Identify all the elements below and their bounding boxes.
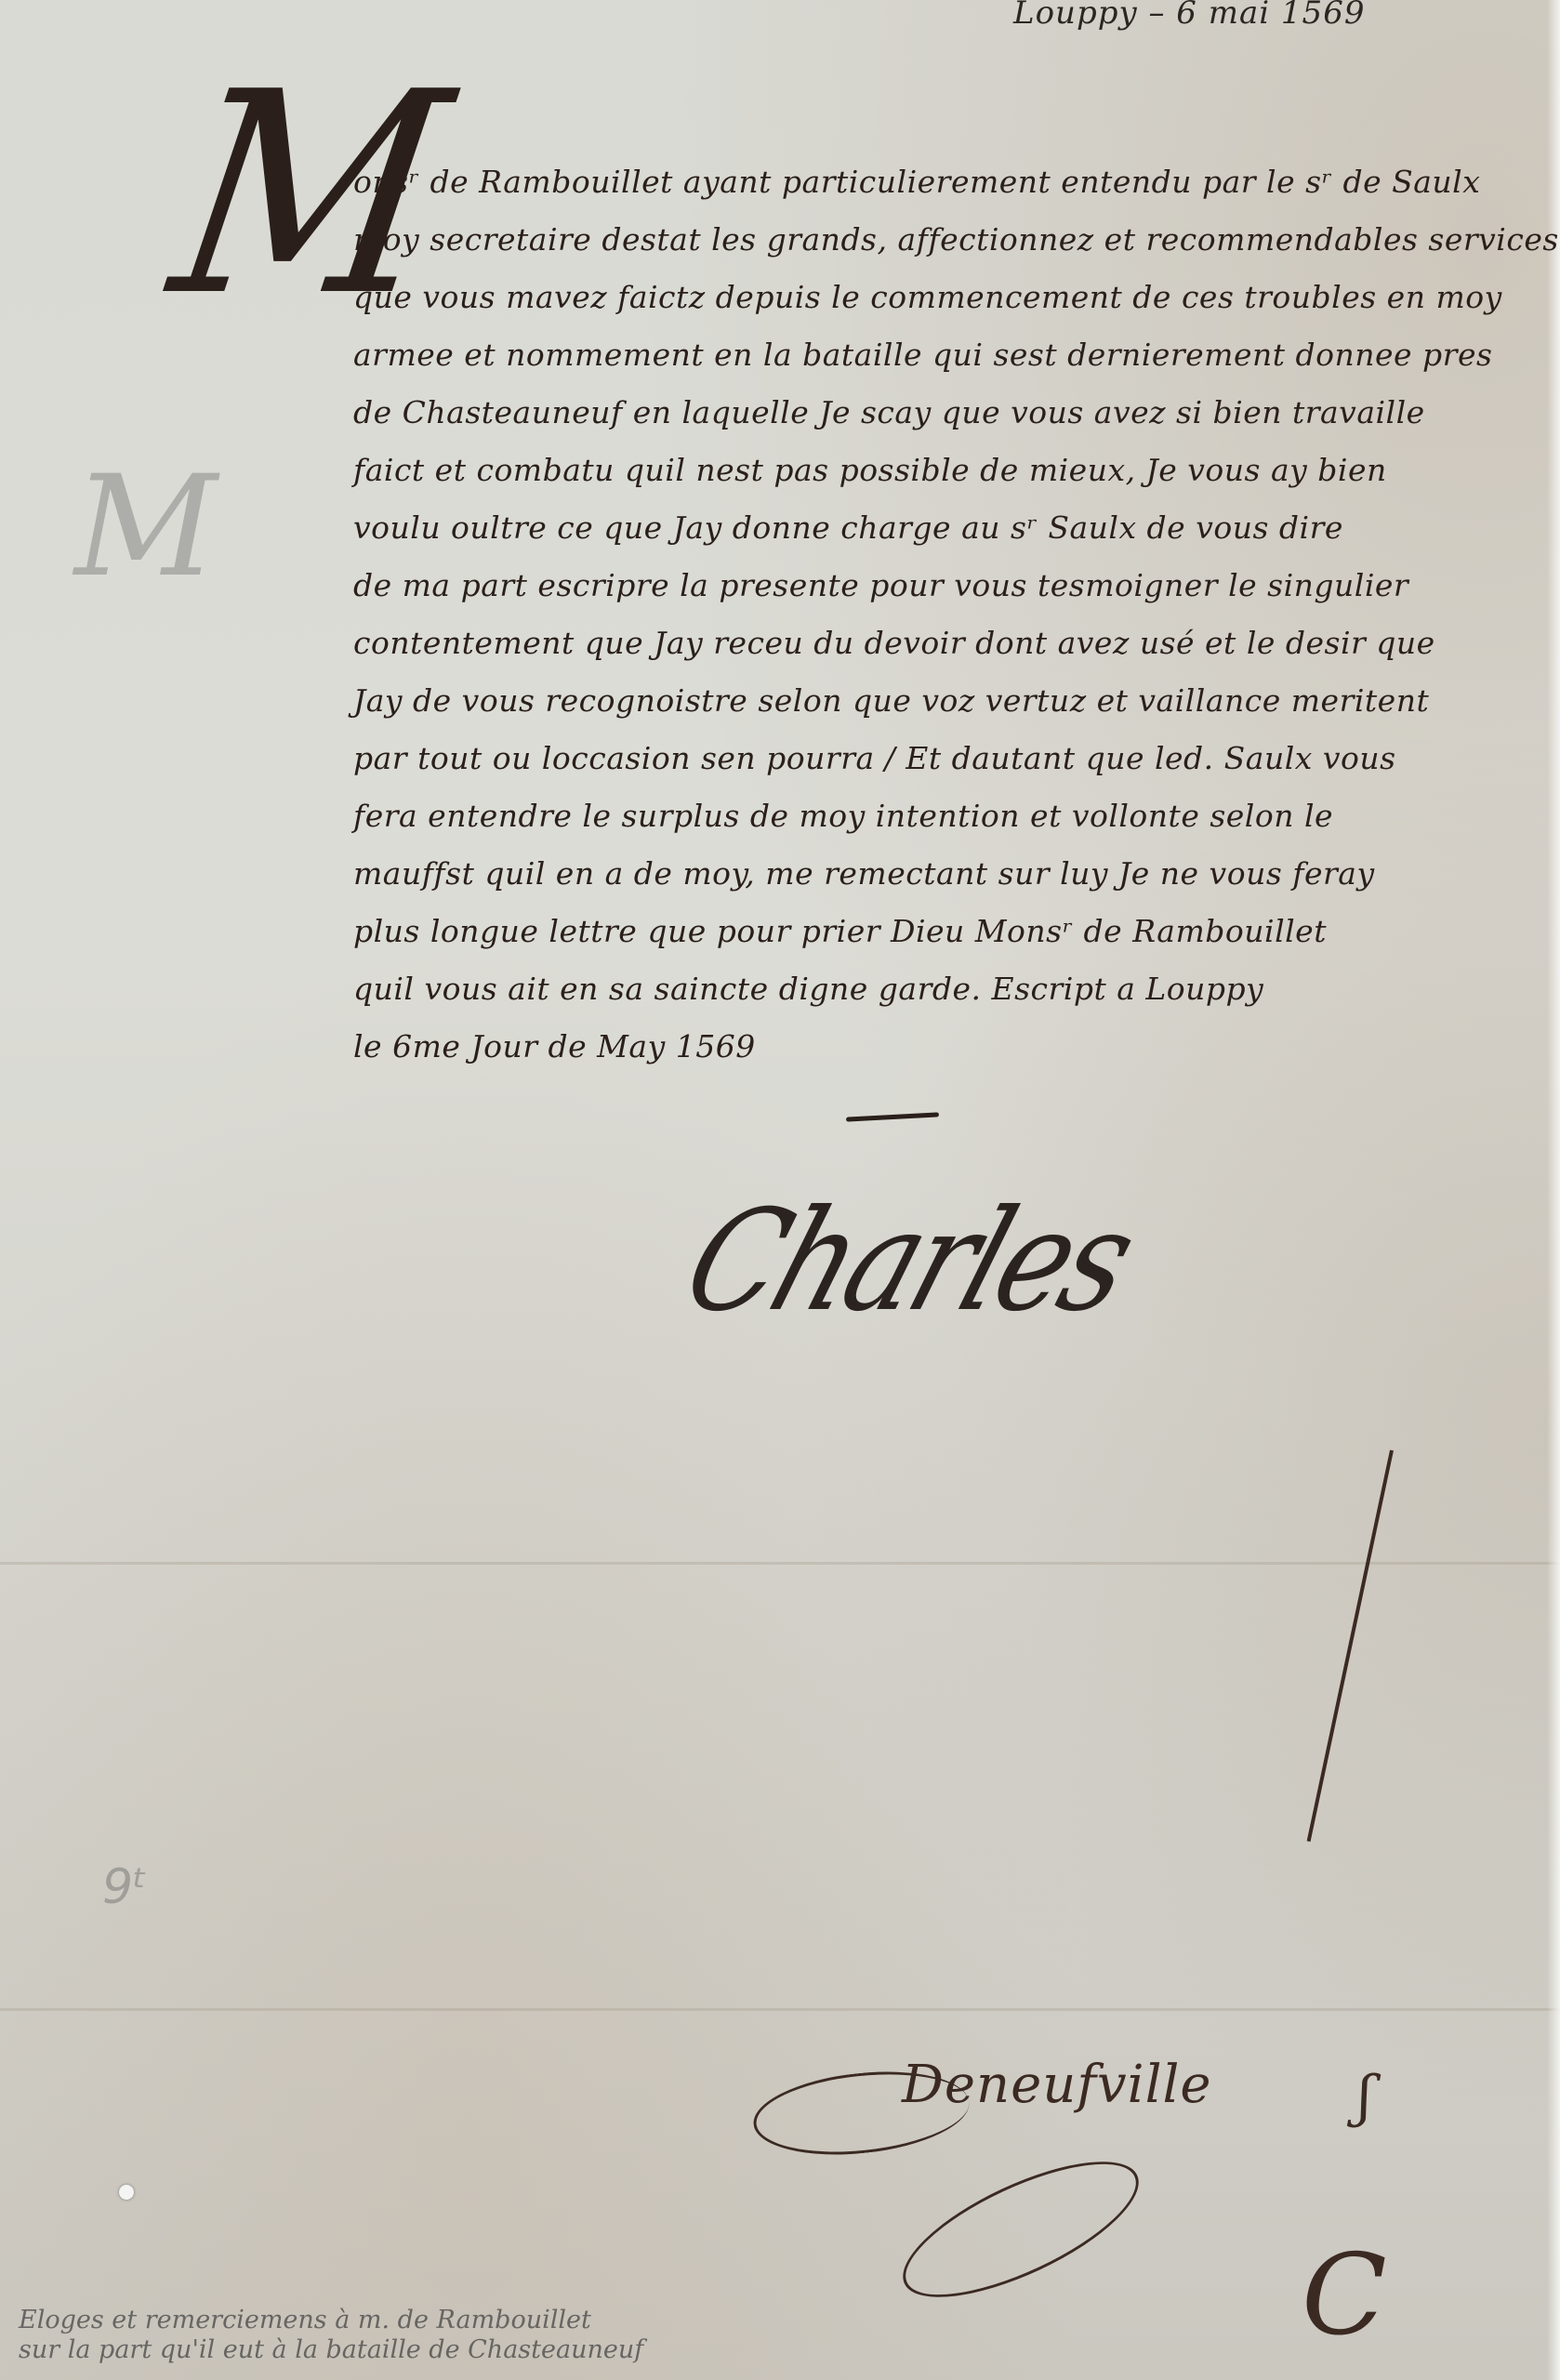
pencil-mark: M <box>74 446 218 608</box>
letter-line: fera entendre le surplus de moy intentio… <box>353 787 1553 845</box>
letter-body: onsʳ de Rambouillet ayant particuliereme… <box>353 153 1553 1076</box>
letter-line: de Chasteauneuf en laquelle Je scay que … <box>353 384 1553 442</box>
letter-line: onsʳ de Rambouillet ayant particuliereme… <box>353 153 1553 211</box>
letter-line: plus longue lettre que pour prier Dieu M… <box>353 903 1553 960</box>
paraph-mark: C <box>1302 2231 1387 2360</box>
archival-note-line: Eloges et remerciemens à m. de Rambouill… <box>19 2306 643 2335</box>
paraph-mark: ʃ <box>1357 2064 1372 2129</box>
letter-line: contentement que Jay receu du devoir don… <box>353 615 1553 672</box>
paper-hole <box>119 2185 134 2200</box>
pencil-number: 9ᵗ <box>102 1859 147 1915</box>
archival-note-bottom: Eloges et remerciemens à m. de Rambouill… <box>19 2306 643 2365</box>
secretary-signature: Deneufville <box>902 2055 1212 2115</box>
letter-line: quil vous ait en sa saincte digne garde.… <box>353 960 1553 1018</box>
letter-line: que vous mavez faictz depuis le commence… <box>353 269 1553 326</box>
letter-line: de ma part escripre la presente pour vou… <box>353 557 1553 615</box>
letter-line: par tout ou loccasion sen pourra / Et da… <box>353 730 1553 787</box>
fold-line <box>0 2008 1560 2011</box>
archival-note-top: Louppy – 6 mai 1569 <box>1013 0 1365 32</box>
king-signature: Charles <box>668 1181 1150 1342</box>
letter-line: voulu oultre ce que Jay donne charge au … <box>353 499 1553 557</box>
letter-date-line: le 6me Jour de May 1569 <box>353 1018 1553 1076</box>
letter-line: mauffst quil en a de moy, me remectant s… <box>353 845 1553 903</box>
fold-line <box>0 1562 1560 1565</box>
letter-line: faict et combatu quil nest pas possible … <box>353 442 1553 499</box>
letter-line: armee et nommement en la bataille qui se… <box>353 326 1553 384</box>
letter-line: moy secretaire destat les grands, affect… <box>353 211 1553 269</box>
archival-note-line: sur la part qu'il eut à la bataille de C… <box>19 2335 643 2365</box>
letter-line: Jay de vous recognoistre selon que voz v… <box>353 672 1553 730</box>
